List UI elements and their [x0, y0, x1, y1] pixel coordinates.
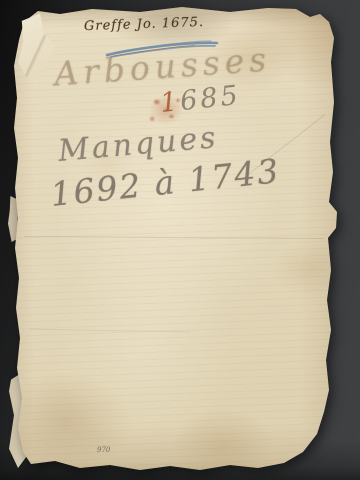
photo-background: Greffe Jo. 1675. Arbousses 1685 Manques … — [0, 0, 360, 480]
corner-pencil-mark: 970 — [97, 446, 110, 454]
year-1685-gray-digits: 685 — [179, 80, 242, 117]
